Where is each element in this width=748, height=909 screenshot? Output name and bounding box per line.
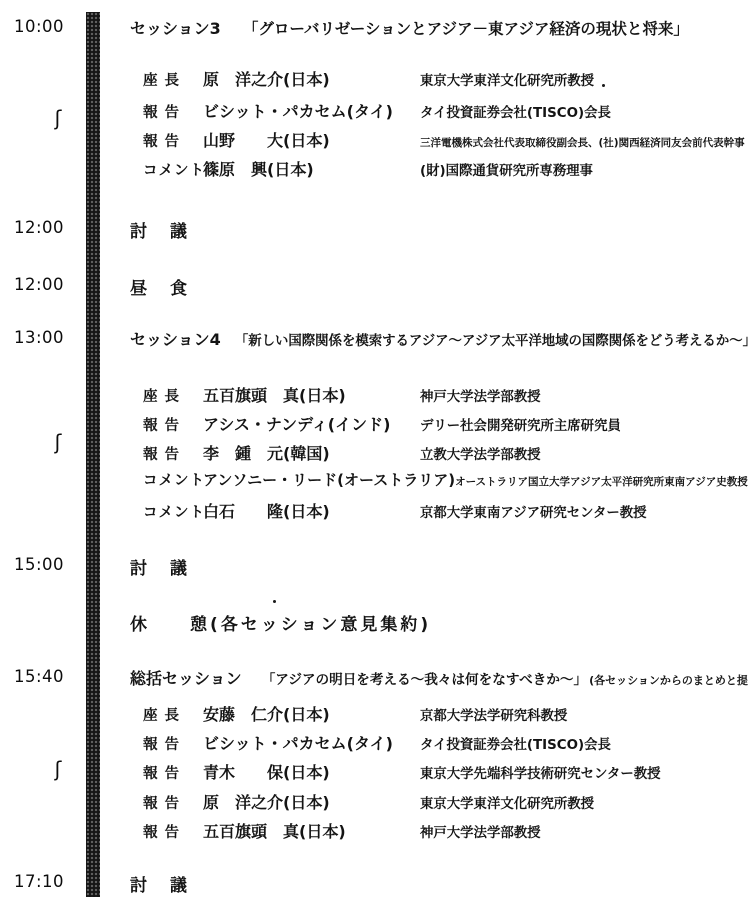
person-affiliation: オーストラリア国立大学アジア太平洋研究所東南アジア史教授 (455, 474, 748, 489)
person-affiliation: 神戸大学法学部教授 (420, 822, 541, 841)
person-affiliation: 立教大学法学部教授 (420, 444, 541, 463)
person-name: 五百旗頭 真(日本) (203, 819, 420, 842)
person-entry: 報 告 ビシット・パカセム(タイ) タイ投資証券会社(TISCO)会長 (143, 99, 611, 122)
person-entry: 報 告 アシス・ナンディ(インド) デリー社会開発研究所主席研究員 (143, 412, 621, 435)
person-name: ビシット・パカセム(タイ) (203, 731, 420, 754)
time-range-mark: ʃ (48, 430, 68, 454)
person-name: 五百旗頭 真(日本) (203, 383, 420, 406)
person-entry: 報 告 ビシット・パカセム(タイ) タイ投資証券会社(TISCO)会長 (143, 731, 611, 754)
time-label: 13:00 (14, 328, 64, 347)
person-role: コメント (143, 159, 203, 180)
person-role: 座 長 (143, 704, 203, 725)
person-affiliation: 神戸大学法学部教授 (420, 386, 541, 405)
person-role: 報 告 (143, 762, 203, 783)
session-header: 総括セッション 「アジアの明日を考える～我々は何をなすべきか～」 (各セッション… (130, 666, 748, 689)
time-range-mark: ʃ (48, 757, 68, 781)
person-affiliation: 東京大学東洋文化研究所教授 (420, 70, 594, 89)
person-role: 報 告 (143, 414, 203, 435)
person-affiliation: タイ投資証券会社(TISCO)会長 (420, 734, 611, 753)
person-affiliation: デリー社会開発研究所主席研究員 (420, 415, 621, 434)
person-role: 座 長 (143, 385, 203, 406)
person-role: 報 告 (143, 792, 203, 813)
person-role: コメント (143, 469, 203, 490)
person-affiliation: タイ投資証券会社(TISCO)会長 (420, 102, 611, 121)
time-label: 15:40 (14, 667, 64, 686)
person-entry: 座 長 安藤 仁介(日本) 京都大学法学研究科教授 (143, 702, 567, 725)
person-role: 報 告 (143, 733, 203, 754)
person-name: アンソニー・リード(オーストラリア) (203, 469, 455, 490)
person-affiliation: 東京大学先端科学技術研究センター教授 (420, 763, 661, 782)
time-range-mark: ʃ (48, 106, 68, 130)
person-name: 篠原 興(日本) (203, 157, 420, 180)
agenda-label: 討 議 (130, 871, 190, 896)
scan-speck (602, 84, 605, 87)
person-entry: 報 告 山野 大(日本) 三洋電機株式会社代表取締役副会長、(社)関西経済同友会… (143, 128, 745, 151)
agenda-label: 昼 食 (130, 274, 190, 299)
person-role: 報 告 (143, 821, 203, 842)
time-label: 15:00 (14, 555, 64, 574)
session-label: セッション3 (130, 16, 221, 39)
person-entry: 報 告 青木 保(日本) 東京大学先端科学技術研究センター教授 (143, 760, 661, 783)
session-note: (各セッションからのまとめと提言) (589, 672, 748, 688)
person-affiliation: 京都大学東南アジア研究センター教授 (420, 502, 647, 521)
person-name: 青木 保(日本) (203, 760, 420, 783)
conference-program-page: ʃ ʃ ʃ 10:00 セッション3 「グローバリゼーションとアジア－東アジア経… (0, 0, 748, 909)
person-entry: 座 長 五百旗頭 真(日本) 神戸大学法学部教授 (143, 383, 541, 406)
person-name: アシス・ナンディ(インド) (203, 412, 420, 435)
agenda-label: 休 憩(各セッション意見集約) (130, 610, 431, 635)
person-name: ビシット・パカセム(タイ) (203, 99, 420, 122)
session-title: 「アジアの明日を考える～我々は何をなすべきか～」 (262, 668, 587, 688)
timeline-bar (86, 12, 100, 897)
person-affiliation: 三洋電機株式会社代表取締役副会長、(社)関西経済同友会前代表幹事 (420, 135, 745, 150)
person-entry: 報 告 五百旗頭 真(日本) 神戸大学法学部教授 (143, 819, 541, 842)
person-name: 原 洋之介(日本) (203, 67, 420, 90)
session-title: 「新しい国際関係を模索するアジア～アジア太平洋地域の国際関係をどう考えるか～」 (235, 330, 748, 349)
person-entry: 座 長 原 洋之介(日本) 東京大学東洋文化研究所教授 (143, 67, 594, 90)
time-label: 12:00 (14, 275, 64, 294)
person-name: 安藤 仁介(日本) (203, 702, 420, 725)
time-label: 10:00 (14, 17, 64, 36)
person-entry: 報 告 原 洋之介(日本) 東京大学東洋文化研究所教授 (143, 790, 594, 813)
person-role: 報 告 (143, 443, 203, 464)
session-label: 総括セッション (130, 666, 242, 689)
person-name: 李 鍾 元(韓国) (203, 441, 420, 464)
session-title: 「グローバリゼーションとアジア－東アジア経済の現状と将来」 (243, 17, 689, 39)
person-name: 白石 隆(日本) (203, 499, 420, 522)
person-entry: コメント アンソニー・リード(オーストラリア) オーストラリア国立大学アジア太平… (143, 469, 748, 490)
person-affiliation: (財)国際通貨研究所専務理事 (420, 160, 593, 179)
person-name: 山野 大(日本) (203, 128, 420, 151)
agenda-label: 討 議 (130, 217, 190, 242)
person-role: 報 告 (143, 130, 203, 151)
session-label: セッション4 (130, 327, 221, 350)
scan-speck (273, 600, 276, 603)
person-affiliation: 京都大学法学研究科教授 (420, 705, 567, 724)
session-header: セッション4 「新しい国際関係を模索するアジア～アジア太平洋地域の国際関係をどう… (130, 327, 748, 350)
session-header: セッション3 「グローバリゼーションとアジア－東アジア経済の現状と将来」 (130, 16, 689, 39)
person-role: コメント (143, 501, 203, 522)
person-entry: コメント 白石 隆(日本) 京都大学東南アジア研究センター教授 (143, 499, 647, 522)
time-label: 12:00 (14, 218, 64, 237)
person-entry: 報 告 李 鍾 元(韓国) 立教大学法学部教授 (143, 441, 541, 464)
time-label: 17:10 (14, 872, 64, 891)
person-name: 原 洋之介(日本) (203, 790, 420, 813)
agenda-label: 討 議 (130, 554, 190, 579)
person-role: 報 告 (143, 101, 203, 122)
person-entry: コメント 篠原 興(日本) (財)国際通貨研究所専務理事 (143, 157, 593, 180)
person-role: 座 長 (143, 69, 203, 90)
person-affiliation: 東京大学東洋文化研究所教授 (420, 793, 594, 812)
